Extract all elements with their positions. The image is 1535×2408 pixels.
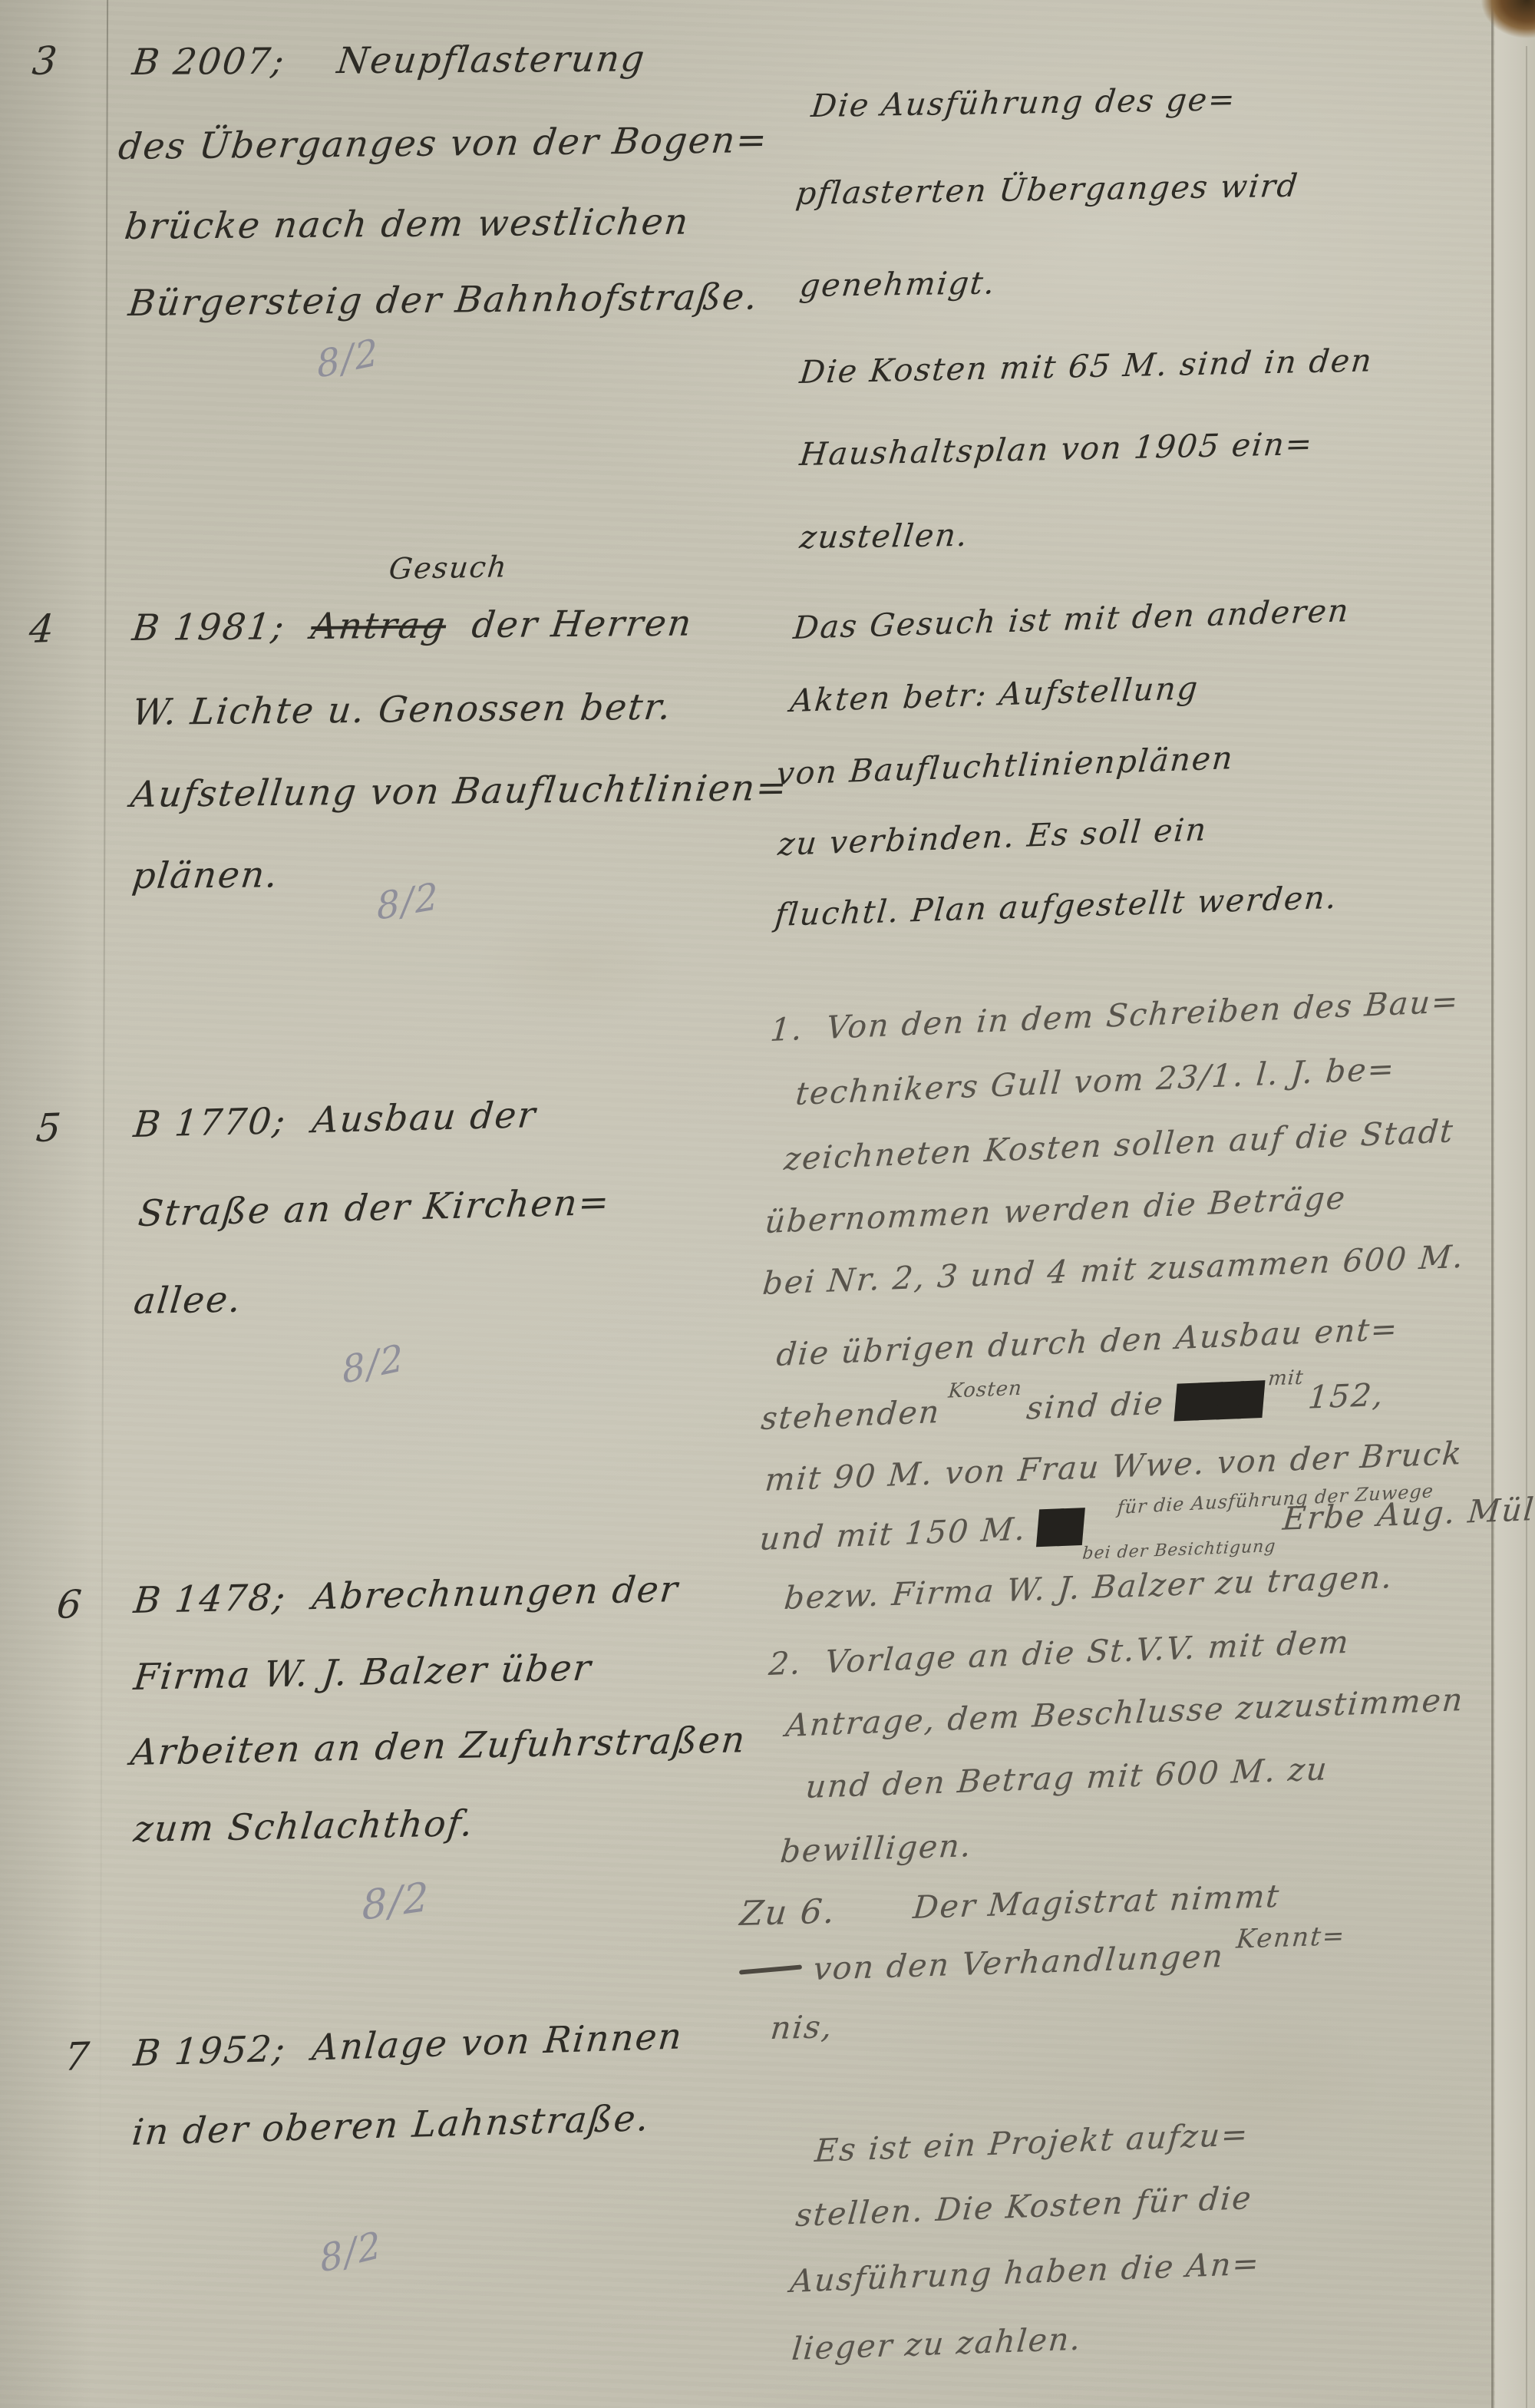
entry-right-line: von den VerhandlungenKennt=: [812, 1937, 1345, 1985]
entry-right-line: bezw. Firma W. J. Balzer zu tragen.: [783, 1561, 1395, 1614]
interlinear-insert: Gesuch: [388, 552, 510, 583]
entry-right-line: und den Betrag mit 600 M. zu: [804, 1753, 1329, 1803]
entry-right-line: Antrage, dem Beschlusse zuzustimmen: [784, 1684, 1465, 1742]
entry-left-line: B 2007; Neupflasterung: [130, 41, 648, 81]
item-number: 6: [55, 1585, 83, 1624]
entry-right-line: Haushaltsplan von 1905 ein=: [798, 428, 1315, 471]
entry-left-line: plänen.: [130, 857, 281, 894]
entry-right-text: 152,: [1306, 1376, 1385, 1416]
entry-right-line: Ausführung haben die An=: [789, 2248, 1262, 2297]
entry-right-line: Akten betr: Aufstellung: [789, 672, 1200, 717]
entry-left-line: Bürgersteig der Bahnhofstraße.: [127, 279, 761, 322]
entry-left-line: zum Schlachthof.: [132, 1805, 476, 1848]
entry-right-line: genehmigt.: [798, 267, 998, 302]
entry-right-line: stellen. Die Kosten für die: [794, 2182, 1253, 2231]
dash-mark: [739, 1964, 802, 1974]
raised-word: Kennt=: [1235, 1921, 1347, 1955]
pencil-date: 8/2: [375, 877, 441, 926]
entry-left-line: B 1952; Anlage von Rinnen: [132, 2018, 685, 2072]
entry-left-line: Aufstellung von Baufluchtlinien=: [129, 770, 790, 813]
entry-right-line: pflasterten Überganges wird: [794, 170, 1300, 210]
pencil-date: 8/2: [315, 334, 381, 384]
entry-right-line: fluchtl. Plan aufgestellt werden.: [774, 882, 1339, 931]
entry-right-text: sind die: [1025, 1385, 1166, 1427]
entry-right-line: Die Ausführung des ge=: [810, 84, 1238, 122]
interlinear-insert: bei der Besichtigung: [1081, 1537, 1276, 1564]
inked-out-word: ████: [1174, 1381, 1262, 1421]
reference-marker: Zu 6.: [738, 1895, 837, 1931]
entry-right-line: bei Nr. 2, 3 und 4 mit zusammen 600 M.: [761, 1241, 1466, 1300]
entry-right-text: von den Verhandlungen: [812, 1937, 1226, 1987]
page-edge-line: [1491, 0, 1494, 2408]
interlinear-insert: für die Ausführung der Zuwege: [1117, 1481, 1434, 1517]
entry-right-line: technikers Gull vom 23/1. l. J. be=: [794, 1053, 1397, 1110]
entry-left-text: der Herren: [470, 603, 695, 647]
entry-right-line: von Baufluchtlinienplänen: [775, 742, 1235, 790]
entry-right-line: 1. Von den in dem Schreiben des Bau=: [769, 986, 1461, 1046]
entry-left-line: brücke nach dem westlichen: [123, 204, 692, 245]
entry-right-text: stehenden: [760, 1393, 942, 1437]
entry-left-line: B 1478; Abrechnungen der: [132, 1571, 681, 1619]
entry-left-line: in der oberen Lahnstraße.: [130, 2100, 652, 2151]
entry-right-line: 2. Vorlage an die St.V.V. mit dem: [767, 1627, 1351, 1680]
pencil-date: 8/2: [361, 1877, 431, 1927]
item-number: 4: [28, 609, 55, 649]
entry-right-line: nis,: [769, 2011, 835, 2044]
entry-right-line: zu verbinden. Es soll ein: [777, 814, 1209, 860]
item-number: 5: [35, 1108, 62, 1148]
item-number: 3: [31, 41, 58, 81]
entry-right-line: übernommen werden die Beträge: [764, 1182, 1348, 1238]
entry-right-line: Das Gesuch ist mit den anderen: [792, 595, 1351, 644]
page-edge-line-2: [1526, 46, 1527, 2408]
entry-right-text: und mit 150 M.: [758, 1510, 1028, 1557]
entry-left-line: Straße an der Kirchen=: [137, 1184, 612, 1232]
entry-left-line: allee.: [132, 1281, 244, 1320]
paper-stain: [476, 906, 675, 1029]
entry-left-line: des Überganges von der Bogen=: [117, 122, 770, 165]
pencil-date: 8/2: [341, 1339, 407, 1389]
entry-right-line-with-corrections: und mit 150 M. ██bei der BesichtigungErb…: [758, 1492, 1535, 1555]
entry-left-line: Firma W. J. Balzer über: [132, 1650, 594, 1696]
paper-fold-line: [99, 0, 108, 2249]
item-number: 7: [63, 2037, 91, 2076]
inked-out-word: ██: [1036, 1508, 1081, 1547]
entry-left-line: B 1981; Antrag der Herren: [130, 606, 695, 646]
entry-right-line: zustellen.: [798, 520, 970, 553]
entry-right-line: die übrigen durch den Ausbau ent=: [775, 1313, 1400, 1371]
entry-right-line: Die Kosten mit 65 M. sind in den: [798, 345, 1375, 388]
entry-ref: B 1981;: [130, 606, 288, 649]
entry-left-line: B 1770; Ausbau der: [132, 1097, 538, 1143]
entry-right-line: mit 90 M. von Frau Wwe. von der Bruck: [764, 1438, 1464, 1496]
page-stack-edge: [1495, 0, 1535, 2408]
entry-left-line: W. Lichte u. Genossen betr.: [130, 689, 674, 731]
entry-right-line: zeichneten Kosten sollen auf die Stadt: [783, 1115, 1455, 1175]
manuscript-page-scan: 3 B 2007; Neupflasterung des Überganges …: [0, 0, 1535, 2408]
paper-stain: [1151, 2011, 1381, 2165]
entry-right-line: Der Magistrat nimmt: [912, 1881, 1282, 1924]
pencil-date: 8/2: [318, 2226, 385, 2278]
entry-right-line-with-corrections: stehendenKostensind die ████mit152,: [760, 1379, 1385, 1435]
interlinear-insert: Kosten: [947, 1377, 1023, 1403]
entry-right-line: lieger zu zahlen.: [791, 2324, 1083, 2365]
binding-corner: [1481, 0, 1535, 60]
strike-through-word: Antrag: [309, 604, 448, 648]
entry-left-line: Arbeiten an den Zufuhrstraßen: [129, 1722, 748, 1771]
entry-right-line: bewilligen.: [779, 1830, 974, 1868]
interlinear-insert: mit: [1267, 1366, 1305, 1391]
